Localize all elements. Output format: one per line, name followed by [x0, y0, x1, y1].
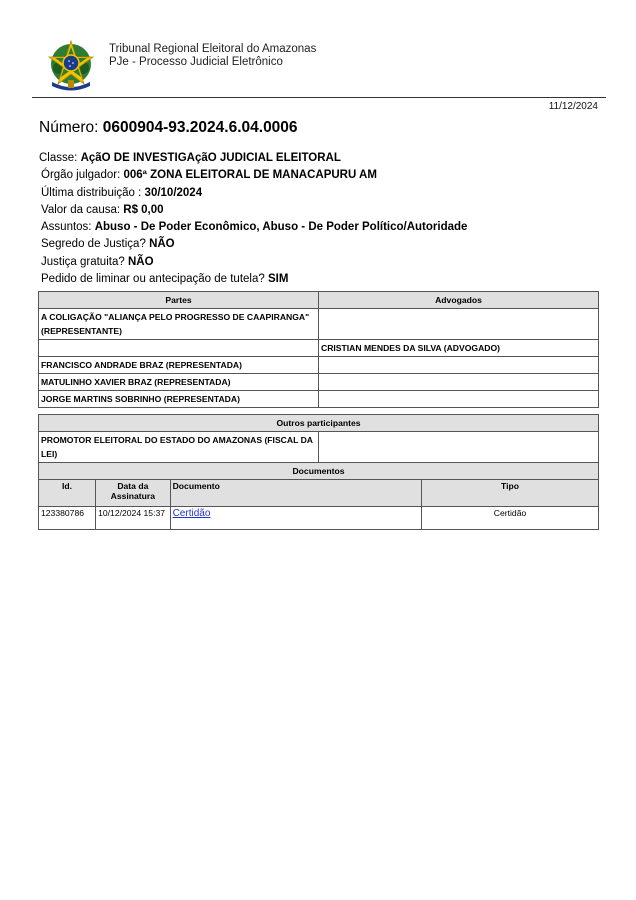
- institution-name: Tribunal Regional Eleitoral do Amazonas: [109, 43, 316, 56]
- document-header: Tribunal Regional Eleitoral do Amazonas …: [44, 38, 604, 94]
- partes-header: Partes: [39, 292, 319, 309]
- field-orgao-julgador: Órgão julgador: 006ª ZONA ELEITORAL DE M…: [39, 167, 467, 184]
- field-ultima-distribuicao: Última distribuição : 30/10/2024: [39, 185, 467, 202]
- advogado-cell: CRISTIAN MENDES DA SILVA (ADVOGADO): [319, 340, 599, 357]
- table-row: A COLIGAÇÃO "ALIANÇA PELO PROGRESSO DE C…: [39, 309, 599, 340]
- system-name: PJe - Processo Judicial Eletrônico: [109, 56, 316, 69]
- field-segredo-justica: Segredo de Justiça? NÃO: [39, 236, 467, 253]
- col-documento: Documento: [170, 480, 421, 507]
- col-tipo: Tipo: [422, 480, 599, 507]
- process-number: Número: 0600904-93.2024.6.04.0006: [39, 119, 298, 137]
- partes-table: Partes Advogados A COLIGAÇÃO "ALIANÇA PE…: [38, 291, 599, 408]
- col-data-assinatura: Data da Assinatura: [96, 480, 170, 507]
- advogado-cell: [319, 391, 599, 408]
- advogado-cell: [319, 374, 599, 391]
- advogado-cell: [319, 357, 599, 374]
- doc-id: 123380786: [39, 507, 96, 530]
- participante-cell: PROMOTOR ELEITORAL DO ESTADO DO AMAZONAS…: [39, 432, 319, 463]
- table-row: CRISTIAN MENDES DA SILVA (ADVOGADO): [39, 340, 599, 357]
- documentos-table: Documentos Id. Data da Assinatura Docume…: [38, 462, 599, 530]
- col-id: Id.: [39, 480, 96, 507]
- process-number-value: 0600904-93.2024.6.04.0006: [103, 119, 298, 136]
- table-row: JORGE MARTINS SOBRINHO (REPRESENTADA): [39, 391, 599, 408]
- parte-cell: MATULINHO XAVIER BRAZ (REPRESENTADA): [39, 374, 319, 391]
- documentos-header: Documentos: [39, 463, 599, 480]
- coat-of-arms-icon: [44, 38, 98, 92]
- doc-tipo: Certidão: [422, 507, 599, 530]
- table-row: PROMOTOR ELEITORAL DO ESTADO DO AMAZONAS…: [39, 432, 599, 463]
- field-valor-causa: Valor da causa: R$ 0,00: [39, 202, 467, 219]
- print-date: 11/12/2024: [549, 101, 598, 112]
- table-row: FRANCISCO ANDRADE BRAZ (REPRESENTADA): [39, 357, 599, 374]
- parte-cell: FRANCISCO ANDRADE BRAZ (REPRESENTADA): [39, 357, 319, 374]
- process-fields: Classe: AçãO DE INVESTIGAçãO JUDICIAL EL…: [39, 150, 467, 288]
- doc-documento-cell: Certidão: [170, 507, 421, 530]
- parte-cell: JORGE MARTINS SOBRINHO (REPRESENTADA): [39, 391, 319, 408]
- outros-participantes-header: Outros participantes: [39, 415, 599, 432]
- field-pedido-liminar: Pedido de liminar ou antecipação de tute…: [39, 271, 467, 288]
- participante-extra-cell: [319, 432, 599, 463]
- header-divider: [32, 97, 606, 98]
- parte-cell: A COLIGAÇÃO "ALIANÇA PELO PROGRESSO DE C…: [39, 309, 319, 340]
- field-classe: Classe: AçãO DE INVESTIGAçãO JUDICIAL EL…: [39, 150, 467, 167]
- certidao-link[interactable]: Certidão: [173, 508, 211, 519]
- field-assuntos: Assuntos: Abuso - De Poder Econômico, Ab…: [39, 219, 467, 236]
- parte-cell: [39, 340, 319, 357]
- advogados-header: Advogados: [319, 292, 599, 309]
- field-justica-gratuita: Justiça gratuita? NÃO: [39, 254, 467, 271]
- doc-data: 10/12/2024 15:37: [96, 507, 170, 530]
- outros-participantes-table: Outros participantes PROMOTOR ELEITORAL …: [38, 414, 599, 463]
- process-number-label: Número:: [39, 119, 98, 136]
- table-row: MATULINHO XAVIER BRAZ (REPRESENTADA): [39, 374, 599, 391]
- table-row: 123380786 10/12/2024 15:37 Certidão Cert…: [39, 507, 599, 530]
- advogado-cell: [319, 309, 599, 340]
